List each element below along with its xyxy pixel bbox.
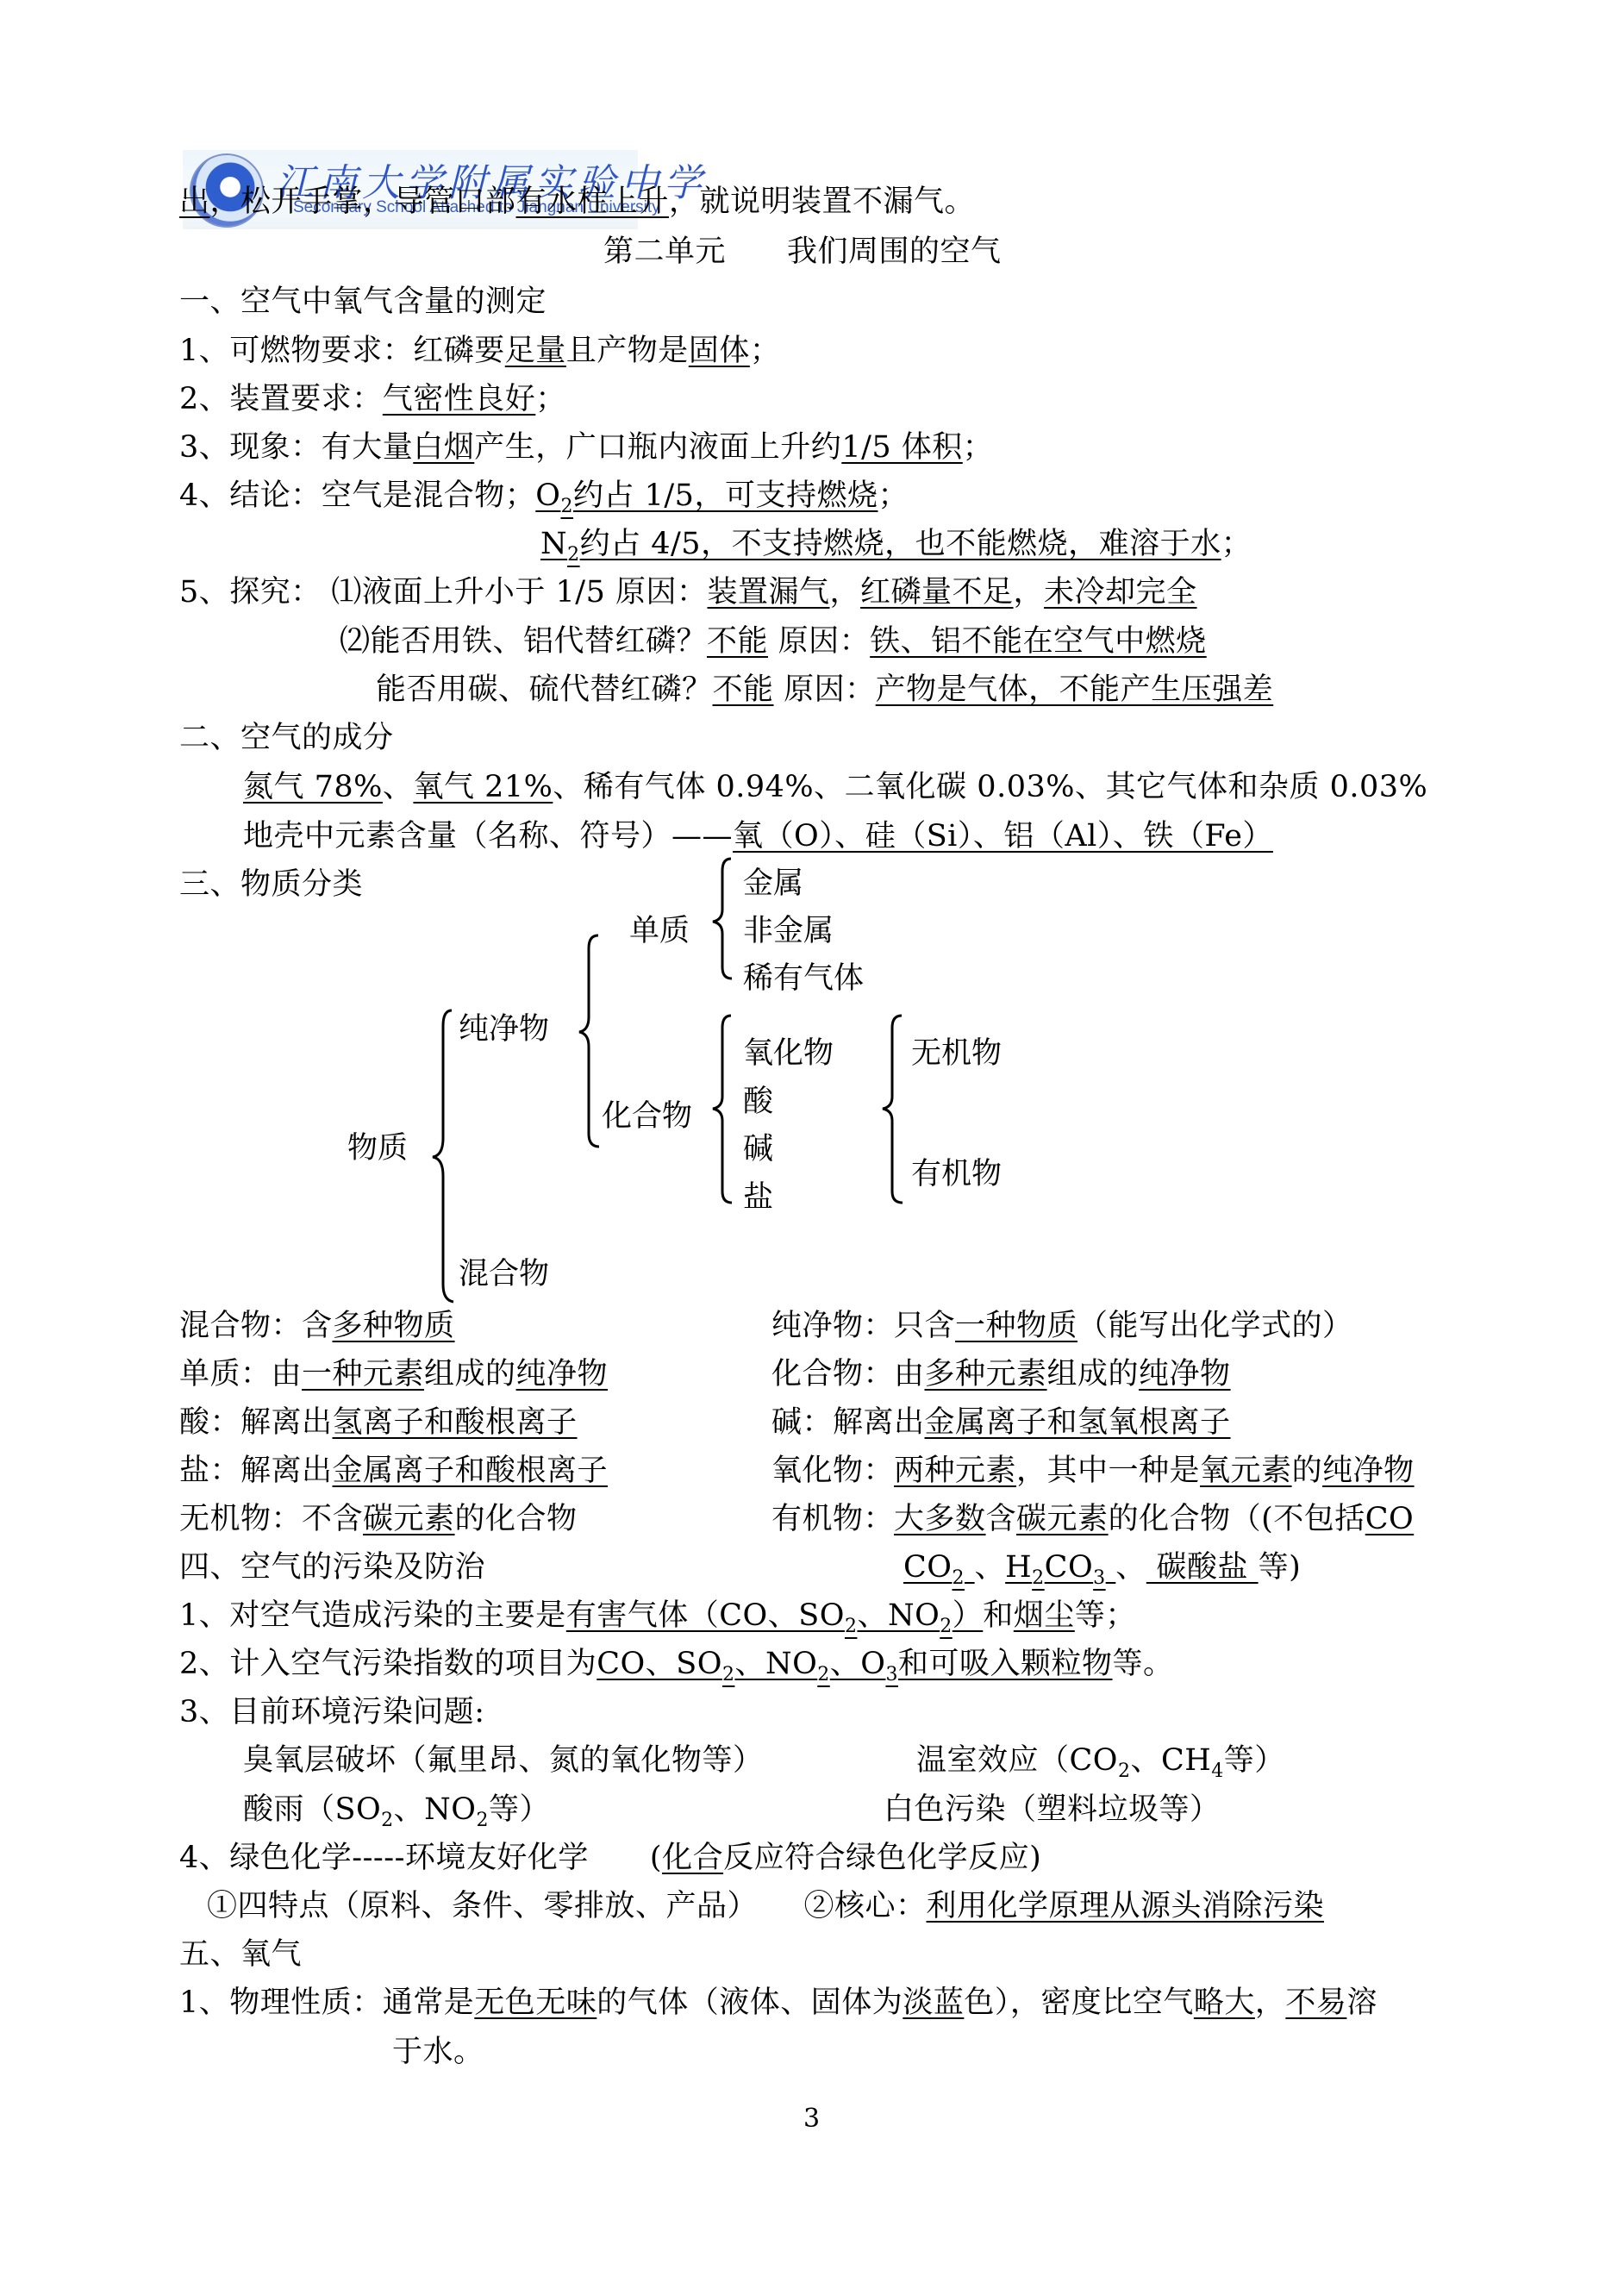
diagram-node-mixture: 混合物 <box>459 1255 549 1293</box>
diagram-node-metal: 金属 <box>743 865 803 903</box>
brace-pure <box>579 935 599 1147</box>
diagram-node-compound: 化合物 <box>602 1097 692 1135</box>
brace-substance <box>433 1010 453 1302</box>
classification-diagram-braces <box>0 0 1624 2295</box>
diagram-node-inorganic: 无机物 <box>911 1035 1002 1072</box>
diagram-node-noble-gas: 稀有气体 <box>743 960 864 997</box>
diagram-node-pure: 纯净物 <box>459 1010 549 1048</box>
diagram-node-organic: 有机物 <box>911 1155 1002 1193</box>
diagram-node-acid: 酸 <box>743 1083 773 1121</box>
brace-organic <box>883 1016 903 1203</box>
diagram-node-salt: 盐 <box>743 1179 773 1216</box>
diagram-node-substance: 物质 <box>347 1129 408 1167</box>
brace-element <box>713 859 732 979</box>
diagram-node-oxide: 氧化物 <box>743 1035 834 1072</box>
brace-compound <box>713 1016 732 1203</box>
diagram-node-nonmetal: 非金属 <box>743 912 834 950</box>
diagram-node-element: 单质 <box>629 912 690 950</box>
diagram-node-base: 碱 <box>743 1130 773 1168</box>
page-number: 3 <box>803 2104 820 2134</box>
